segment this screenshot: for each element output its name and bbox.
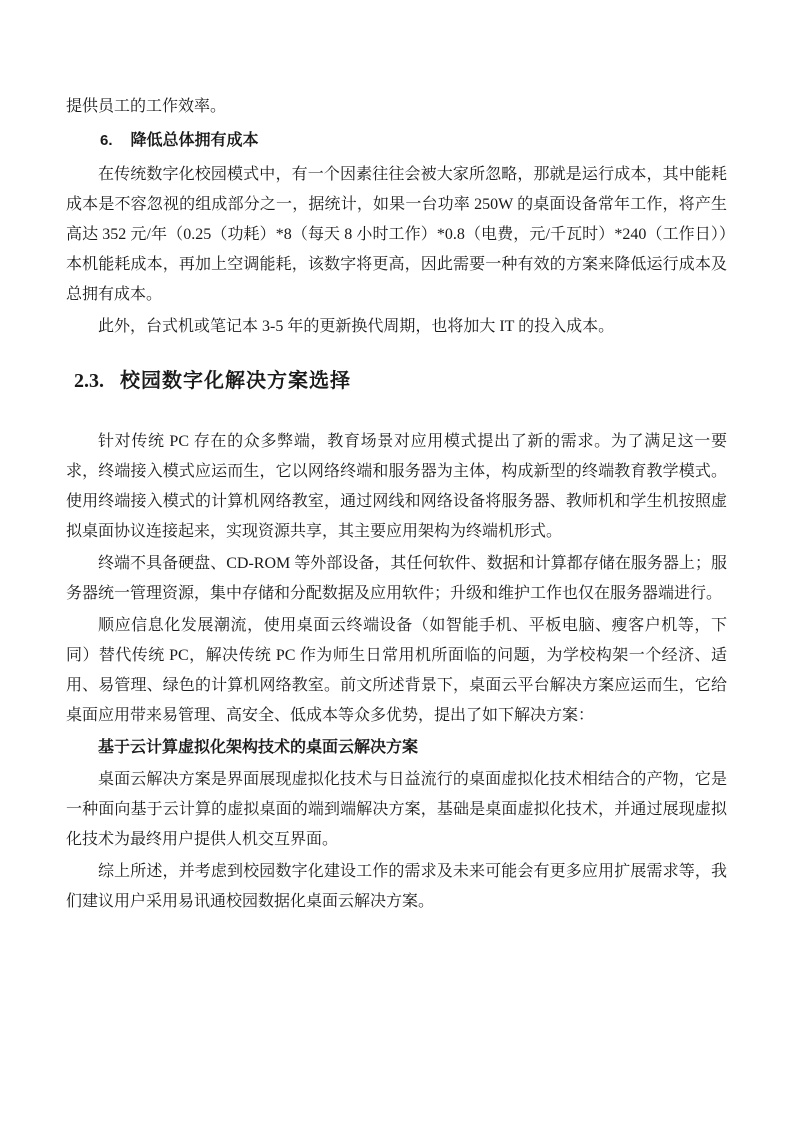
paragraph-solution-description: 桌面云解决方案是界面展现虚拟化技术与日益流行的桌面虚拟化技术相结合的产物，它是一…	[66, 765, 727, 855]
section-heading-title: 校园数字化解决方案选择	[120, 368, 351, 392]
paragraph-terminal-mode: 针对传统 PC 存在的众多弊端，教育场景对应用模式提出了新的需求。为了满足这一要…	[66, 427, 727, 547]
document-page: 提供员工的工作效率。 6.降低总体拥有成本 在传统数字化校园模式中，有一个因素往…	[0, 0, 793, 1122]
list-heading-text: 降低总体拥有成本	[131, 132, 259, 149]
paragraph-terminal-features: 终端不具备硬盘、CD-ROM 等外部设备，其任何软件、数据和计算都存储在服务器上…	[66, 549, 727, 609]
paragraph-running-cost: 在传统数字化校园模式中，有一个因素往往会被大家所忽略，那就是运行成本，其中能耗成…	[66, 160, 727, 310]
section-heading-number: 2.3.	[74, 370, 104, 392]
list-heading-6: 6.降低总体拥有成本	[66, 126, 727, 156]
paragraph-conclusion: 综上所述，并考虑到校园数字化建设工作的需求及未来可能会有更多应用扩展需求等，我们…	[66, 857, 727, 917]
paragraph-refresh-cycle: 此外，台式机或笔记本 3-5 年的更新换代周期，也将加大 IT 的投入成本。	[66, 312, 727, 342]
solution-subheading: 基于云计算虚拟化架构技术的桌面云解决方案	[66, 733, 727, 763]
paragraph-cloud-trend: 顺应信息化发展潮流，使用桌面云终端设备（如智能手机、平板电脑、瘦客户机等，下同）…	[66, 611, 727, 731]
section-heading-2-3: 2.3.校园数字化解决方案选择	[74, 366, 727, 395]
list-heading-number: 6.	[100, 126, 113, 156]
paragraph-work-efficiency: 提供员工的工作效率。	[66, 92, 727, 122]
